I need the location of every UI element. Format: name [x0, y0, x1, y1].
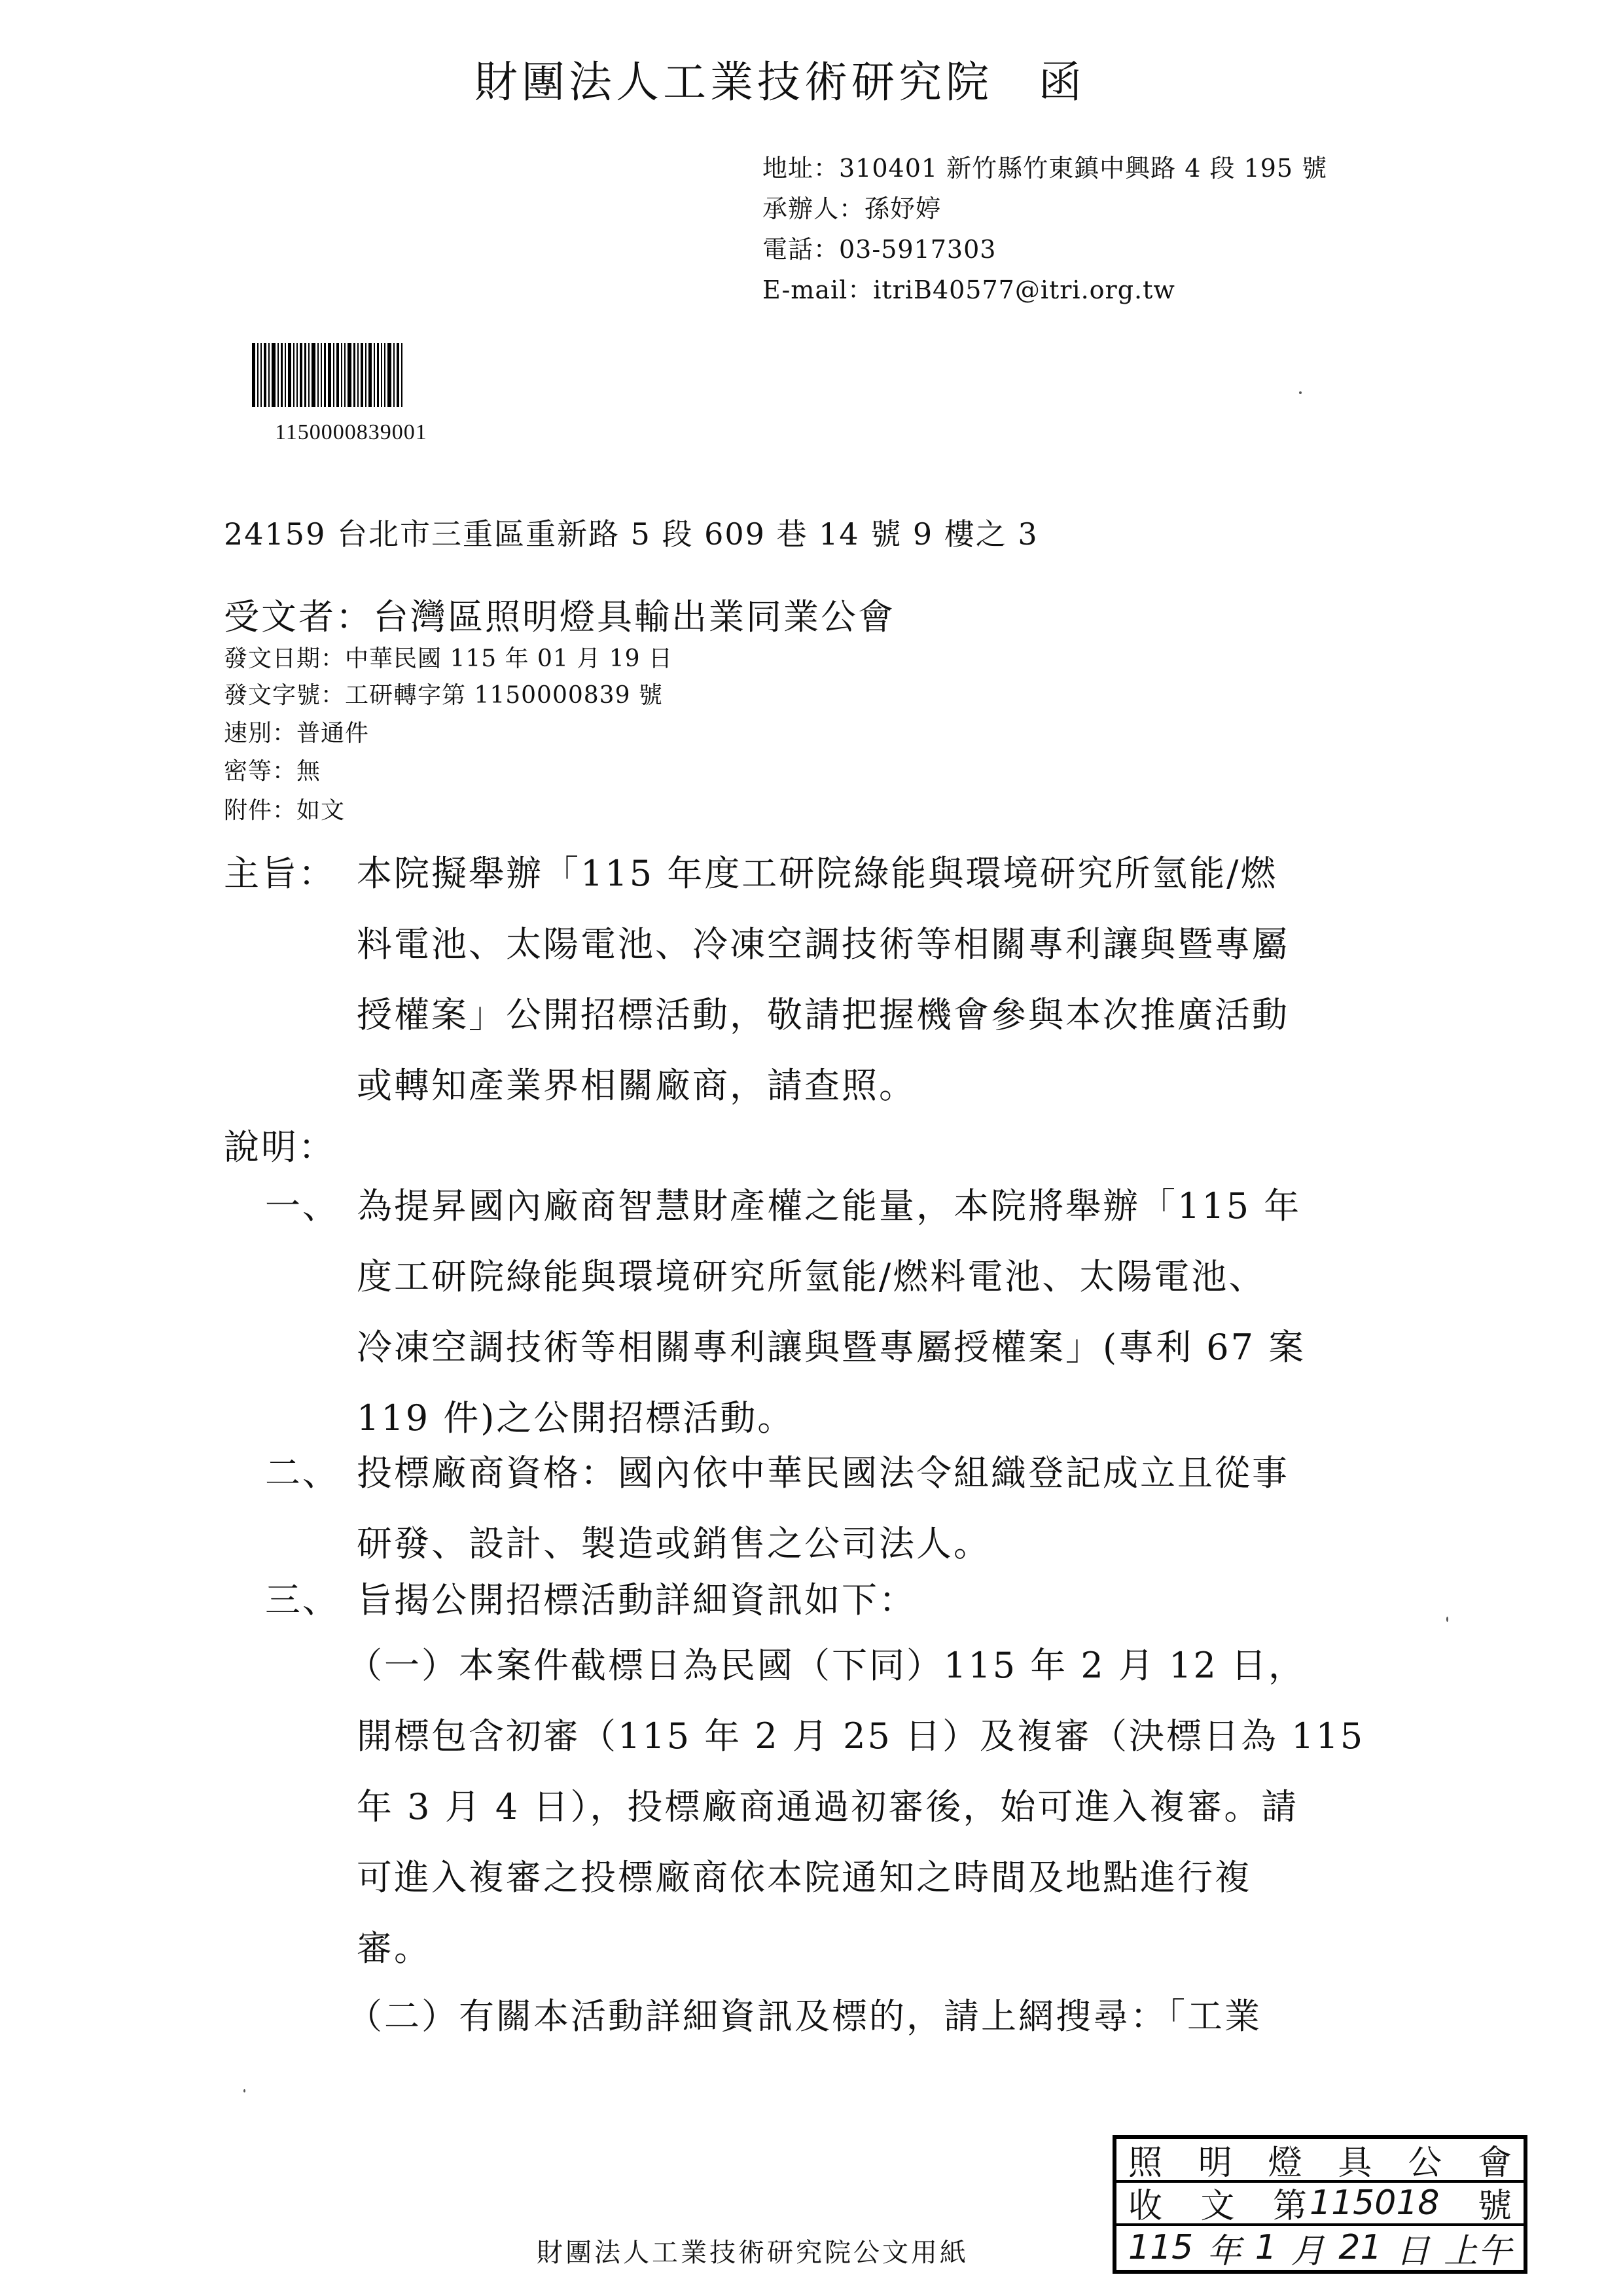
issuing-organization: 財團法人工業技術研究院 — [474, 57, 993, 107]
scan-speck — [243, 2089, 245, 2092]
subject-label: 主旨： — [224, 846, 336, 896]
stamp-char: 年 — [1207, 2223, 1241, 2272]
sender-address: 地址：310401 新竹縣竹東鎮中興路 4 段 195 號 — [762, 148, 1327, 184]
stamp-association-name: 照 明 燈 具 公 會 — [1116, 2139, 1524, 2183]
delivery-speed: 速別：普通件 — [224, 715, 369, 748]
item-marker: 二、 — [265, 1445, 340, 1496]
stamp-char: 具 — [1338, 2135, 1372, 2184]
phone-number: 電話：03-5917303 — [762, 229, 996, 265]
recipient-address: 24159 台北市三重區重新路 5 段 609 巷 14 號 9 樓之 3 — [224, 511, 1039, 554]
security-classification: 密等：無 — [224, 753, 321, 786]
barcode-icon — [252, 343, 483, 407]
stamp-char: 燈 — [1268, 2135, 1302, 2184]
subject-line: 料電池、太陽電池、冷凍空調技術等相關專利讓與暨專屬 — [357, 916, 1289, 967]
item-line: 旨揭公開招標活動詳細資訊如下： — [357, 1572, 916, 1623]
item-line: 投標廠商資格：國內依中華民國法令組織登記成立且從事 — [357, 1445, 1289, 1496]
document-type: 函 — [1039, 57, 1086, 107]
stamp-char: 第 — [1273, 2178, 1307, 2227]
subject-line: 或轉知產業界相關廠商，請查照。 — [357, 1058, 916, 1108]
handwritten-receipt-number: 115018 — [1310, 2183, 1440, 2223]
scan-speck — [1299, 391, 1302, 394]
document-number: 發文字號：工研轉字第 1150000839 號 — [224, 677, 663, 710]
handwritten-day: 21 — [1338, 2228, 1382, 2267]
receipt-stamp: 照 明 燈 具 公 會 收 文 第 115018 號 115 年 1 月 21 … — [1113, 2135, 1527, 2274]
issue-date: 發文日期：中華民國 115 年 01 月 19 日 — [224, 640, 673, 673]
item-line: 冷凍空調技術等相關專利讓與暨專屬授權案」(專利 67 案 — [357, 1319, 1306, 1370]
stamp-char: 會 — [1478, 2135, 1512, 2184]
stamp-char: 照 — [1128, 2135, 1162, 2184]
stamp-char: 月 — [1291, 2223, 1325, 2272]
attachment-note: 附件：如文 — [224, 792, 345, 825]
item-marker: 一、 — [265, 1178, 340, 1229]
stamp-char: 號 — [1478, 2178, 1512, 2227]
item-line: 119 件)之公開招標活動。 — [357, 1390, 794, 1441]
stamp-char: 公 — [1408, 2135, 1442, 2184]
stamp-char: 日 — [1396, 2223, 1430, 2272]
subitem-line: （二）有關本活動詳細資訊及標的，請上網搜尋：「工業 — [347, 1988, 1262, 2039]
subject-line: 授權案」公開招標活動，敬請把握機會參與本次推廣活動 — [357, 987, 1289, 1037]
explanation-label: 說明： — [224, 1119, 336, 1170]
letterhead-footer: 財團法人工業技術研究院公文用紙 — [537, 2232, 969, 2269]
document-title: 財團法人工業技術研究院函 — [474, 47, 1086, 109]
item-line: 研發、設計、製造或銷售之公司法人。 — [357, 1516, 991, 1566]
subitem-line: （一）本案件截標日為民國（下同）115 年 2 月 12 日， — [347, 1638, 1306, 1688]
subject-line: 本院擬舉辦「115 年度工研院綠能與環境研究所氫能/燃 — [357, 846, 1277, 896]
email-address: E-mail：itriB40577@itri.org.tw — [762, 270, 1175, 306]
barcode-number: 1150000839001 — [275, 420, 427, 445]
stamp-char: 文 — [1200, 2178, 1234, 2227]
subitem-line: 可進入複審之投標廠商依本院通知之時間及地點進行複 — [357, 1850, 1252, 1900]
scan-speck — [1446, 1617, 1448, 1622]
stamp-receipt-number: 收 文 第 115018 號 — [1116, 2183, 1524, 2227]
item-marker: 三、 — [265, 1572, 340, 1623]
stamp-char: 收 — [1128, 2178, 1162, 2227]
subitem-line: 審。 — [357, 1920, 431, 1971]
handwritten-period: 上午 — [1444, 2223, 1512, 2272]
subitem-line: 年 3 月 4 日），投標廠商通過初審後，始可進入複審。請 — [357, 1779, 1298, 1829]
item-line: 度工研院綠能與環境研究所氫能/燃料電池、太陽電池、 — [357, 1249, 1266, 1299]
handwritten-year: 115 — [1128, 2228, 1193, 2267]
recipient: 受文者：台灣區照明燈具輸出業同業公會 — [224, 589, 895, 639]
item-line: 為提昇國內廠商智慧財產權之能量，本院將舉辦「115 年 — [357, 1178, 1301, 1229]
stamp-char: 明 — [1198, 2135, 1232, 2184]
stamp-receipt-date: 115 年 1 月 21 日 上午 — [1116, 2226, 1524, 2270]
subitem-line: 開標包含初審（115 年 2 月 25 日）及複審（決標日為 115 — [357, 1708, 1364, 1759]
handwritten-month: 1 — [1255, 2228, 1277, 2267]
contact-person: 承辦人：孫妤婷 — [762, 188, 941, 224]
